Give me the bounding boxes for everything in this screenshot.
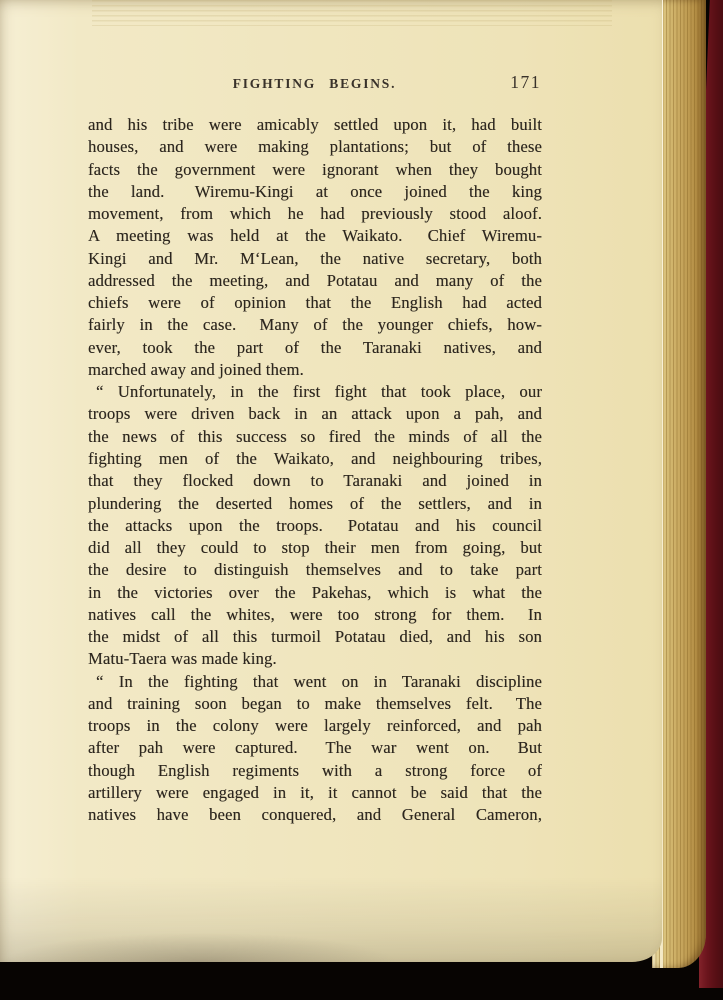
text-line: natives call the whites, were too strong… — [88, 604, 542, 626]
text-line: did all they could to stop their men fro… — [88, 537, 542, 559]
text-line: Kingi and Mr. M‘Lean, the native secreta… — [88, 248, 542, 270]
text-line: and his tribe were amicably settled upon… — [88, 114, 542, 136]
text-line: that they flocked down to Taranaki and j… — [88, 470, 542, 492]
page-bottom-shadow — [0, 877, 662, 962]
text-line: artillery were engaged in it, it cannot … — [88, 782, 542, 804]
text-line: plundering the deserted homes of the set… — [88, 493, 542, 515]
text-line: the news of this success so fired the mi… — [88, 426, 542, 448]
page-top-texture — [92, 0, 612, 26]
text-line: after pah were captured. The war went on… — [88, 737, 542, 759]
page-header: FIGHTING BEGINS. 171 — [88, 72, 541, 96]
book-page: FIGHTING BEGINS. 171 and his tribe were … — [0, 0, 662, 962]
page-number: 171 — [510, 72, 541, 93]
text-line: chiefs were of opinion that the English … — [88, 292, 542, 314]
text-line: “ Unfortunately, in the first fight that… — [88, 381, 542, 403]
text-line: fairly in the case. Many of the younger … — [88, 314, 542, 336]
text-line: fighting men of the Waikato, and neighbo… — [88, 448, 542, 470]
text-line: in the victories over the Pakehas, which… — [88, 582, 542, 604]
page-body-text: and his tribe were amicably settled upon… — [88, 114, 542, 827]
text-line: and training soon began to make themselv… — [88, 693, 542, 715]
running-head: FIGHTING BEGINS. — [88, 76, 541, 92]
text-line: movement, from which he had previously s… — [88, 203, 542, 225]
text-line: marched away and joined them. — [88, 359, 542, 381]
text-line: troops were driven back in an attack upo… — [88, 403, 542, 425]
text-line: the attacks upon the troops. Potatau and… — [88, 515, 542, 537]
text-line: houses, and were making plantations; but… — [88, 136, 542, 158]
text-line: troops in the colony were largely reinfo… — [88, 715, 542, 737]
text-line: though English regiments with a strong f… — [88, 760, 542, 782]
text-line: natives have been conquered, and General… — [88, 804, 542, 826]
text-line: facts the government were ignorant when … — [88, 159, 542, 181]
text-line: addressed the meeting, and Potatau and m… — [88, 270, 542, 292]
text-line: Matu-Taera was made king. — [88, 648, 542, 670]
book-photo: { "page": { "running_head": "FIGHTING BE… — [0, 0, 723, 1000]
text-line: “ In the fighting that went on in Tarana… — [88, 671, 542, 693]
text-line: the desire to distinguish themselves and… — [88, 559, 542, 581]
text-line: the midst of all this turmoil Potatau di… — [88, 626, 542, 648]
text-line: the land. Wiremu-Kingi at once joined th… — [88, 181, 542, 203]
text-line: ever, took the part of the Taranaki nati… — [88, 337, 542, 359]
text-line: A meeting was held at the Waikato. Chief… — [88, 225, 542, 247]
